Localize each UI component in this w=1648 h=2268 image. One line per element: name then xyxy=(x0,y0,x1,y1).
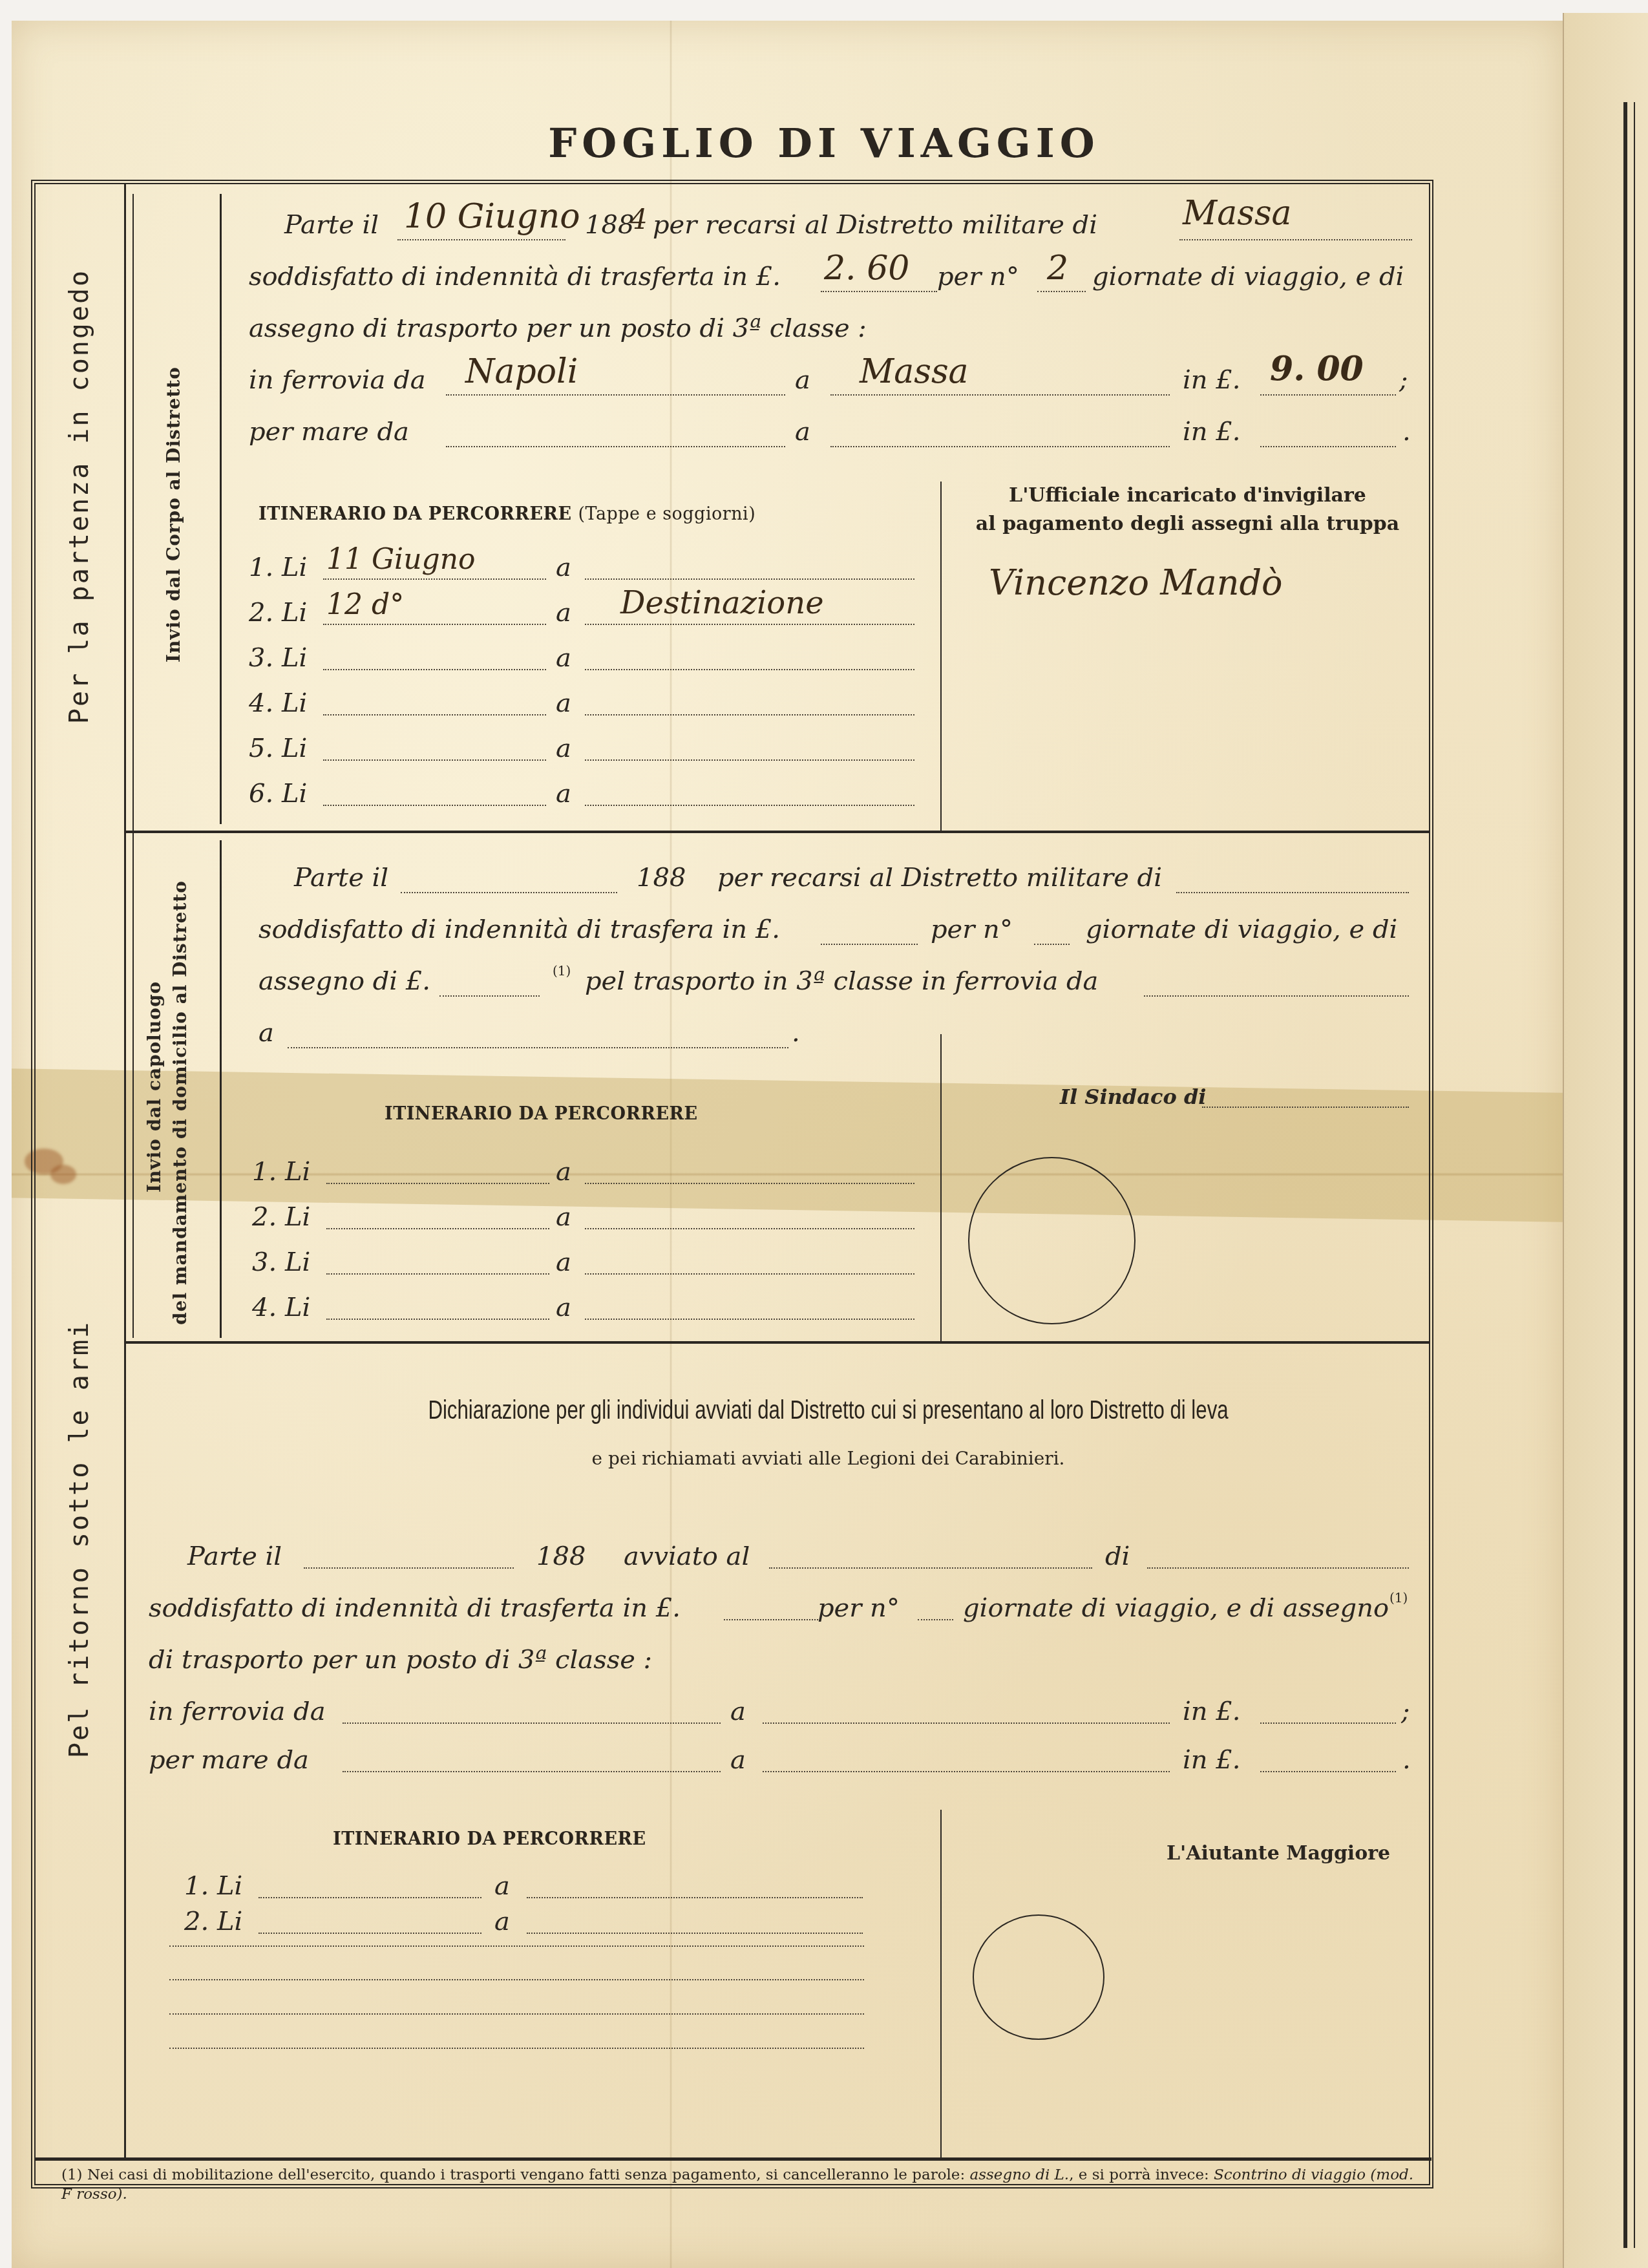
s3-days-suffix: giornate di viaggio, e di assegno xyxy=(963,1593,1389,1623)
s1-row-date-field[interactable] xyxy=(323,578,546,580)
footnote-divider xyxy=(36,2157,1431,2161)
s2-rail-label: pel trasporto in 3ª classe in ferrovia d… xyxy=(585,966,1098,996)
s2-indemnity-field[interactable] xyxy=(821,944,918,945)
s1-indemnity-label: soddisfatto di indennità di trasferta in… xyxy=(249,262,781,291)
s2-row-date-field[interactable] xyxy=(326,1183,549,1184)
s1-row-date-value: 11 Giugno xyxy=(326,543,476,576)
s1-row-label: 5. Li xyxy=(249,734,307,763)
s3-sea-from-field[interactable] xyxy=(343,1771,721,1772)
s2-row-a-label: a xyxy=(556,1247,571,1277)
s3-rail-to-field[interactable] xyxy=(763,1722,1170,1724)
s3-extra-line[interactable] xyxy=(169,2013,864,2015)
s1-per-n-label: per n° xyxy=(937,262,1019,291)
s1-row-a-label: a xyxy=(556,779,571,809)
s1-itinerary-heading: ITINERARIO DA PERCORRERE (Tappe e soggio… xyxy=(259,504,755,524)
section-divider-1 xyxy=(126,831,1430,833)
s3-days-field[interactable] xyxy=(918,1619,953,1620)
s1-district-value: Massa xyxy=(1183,194,1292,233)
s2-rail-to-field[interactable] xyxy=(288,1047,788,1048)
s1-row-a-label: a xyxy=(556,688,571,718)
s3-row-label: 2. Li xyxy=(184,1907,242,1936)
s3-per-n-label: per n° xyxy=(818,1593,900,1623)
s2-allowance-field[interactable] xyxy=(439,995,540,997)
s1-row-place-field[interactable] xyxy=(585,669,914,670)
s1-row-label: 2. Li xyxy=(249,598,307,628)
s1-row-date-field[interactable] xyxy=(323,805,546,806)
s2-row-date-field[interactable] xyxy=(326,1228,549,1229)
s1-year-value: 4 xyxy=(630,204,648,235)
s3-extra-line[interactable] xyxy=(169,1979,864,1980)
s1-sea-label: per mare da xyxy=(249,417,409,447)
s1-days-field[interactable] xyxy=(1037,291,1086,292)
s1-rail-in-label: in £. xyxy=(1183,365,1240,395)
side-label-departure: Per la partenza in congedo xyxy=(65,269,94,724)
s1-row-date-field[interactable] xyxy=(323,669,546,670)
s1-officer-line2: al pagamento degli assegni alla truppa xyxy=(944,510,1431,538)
signature-divider-2 xyxy=(940,1034,942,1341)
s1-destination-label: per recarsi al Distretto militare di xyxy=(653,210,1097,240)
s1-rail-end: ; xyxy=(1399,365,1408,395)
s3-year-label: 188 xyxy=(536,1542,586,1571)
s1-itinerary-heading-note: (Tappe e soggiorni) xyxy=(578,504,755,524)
s2-row-label: 1. Li xyxy=(252,1157,310,1187)
s2-line4-end: . xyxy=(792,1018,800,1048)
s1-rail-to-field[interactable] xyxy=(830,394,1170,396)
s3-sent-to-field[interactable] xyxy=(769,1567,1092,1569)
s1-sea-amount-field[interactable] xyxy=(1260,446,1396,447)
s3-row-a-label: a xyxy=(494,1907,510,1936)
s1-parte-il-label: Parte il xyxy=(284,210,379,240)
side-label-section2-line1: Invio dal capoluogo xyxy=(143,981,165,1192)
s1-sea-a-label: a xyxy=(795,417,810,447)
s2-indemnity-label: soddisfatto di indennità di trasfera in … xyxy=(259,915,780,944)
s1-row-label: 3. Li xyxy=(249,643,307,673)
s1-itinerary-heading-text: ITINERARIO DA PERCORRERE xyxy=(259,504,572,524)
s1-date-field[interactable] xyxy=(397,239,565,240)
s1-row-date-field[interactable] xyxy=(323,624,546,625)
s3-parte-il-label: Parte il xyxy=(187,1542,282,1571)
s1-indemnity-field[interactable] xyxy=(821,291,937,292)
s2-row-a-label: a xyxy=(556,1157,571,1187)
s3-rail-a-label: a xyxy=(730,1697,746,1726)
s3-di-field[interactable] xyxy=(1147,1567,1409,1569)
s1-officer-line1: L'Ufficiale incaricato d'invigilare xyxy=(944,482,1431,510)
s3-indemnity-field[interactable] xyxy=(724,1619,821,1620)
s3-sea-end: . xyxy=(1402,1745,1411,1775)
s3-sea-amount-field[interactable] xyxy=(1260,1771,1396,1772)
s1-row-place-field[interactable] xyxy=(585,759,914,761)
outer-column-divider xyxy=(124,184,126,2159)
s3-row-a-label: a xyxy=(494,1871,510,1901)
s3-sea-in-label: in £. xyxy=(1183,1745,1240,1775)
s3-sea-to-field[interactable] xyxy=(763,1771,1170,1772)
s3-rail-amount-field[interactable] xyxy=(1260,1722,1396,1724)
s2-row-place-field[interactable] xyxy=(585,1319,914,1320)
s2-itinerary-heading: ITINERARIO DA PERCORRERE xyxy=(385,1104,698,1124)
s2-row-label: 2. Li xyxy=(252,1202,310,1232)
s3-sea-label: per mare da xyxy=(149,1745,309,1775)
inner-border xyxy=(132,194,134,1338)
s1-row-place-field[interactable] xyxy=(585,714,914,715)
s1-days-value: 2 xyxy=(1047,249,1068,288)
document-title: FOGLIO DI VIAGGIO xyxy=(0,120,1648,167)
s3-sea-a-label: a xyxy=(730,1745,746,1775)
s2-date-field[interactable] xyxy=(401,892,617,893)
section2-label-divider xyxy=(220,840,222,1338)
s1-row-a-label: a xyxy=(556,734,571,763)
adjacent-sheet-edge xyxy=(1563,13,1648,2268)
s3-indemnity-label: soddisfatto di indennità di trasferta in… xyxy=(149,1593,681,1623)
s3-stamp-circle xyxy=(973,1914,1104,2040)
s1-rail-amount-value: 9. 00 xyxy=(1270,349,1364,388)
s2-row-a-label: a xyxy=(556,1293,571,1322)
s3-extra-line[interactable] xyxy=(169,2048,864,2049)
s1-rail-from-value: Napoli xyxy=(465,352,578,391)
s2-stamp-circle xyxy=(968,1157,1136,1324)
s1-sea-end: . xyxy=(1402,417,1411,447)
s3-date-field[interactable] xyxy=(304,1567,514,1569)
signature-divider-3 xyxy=(940,1810,942,2157)
s1-year-prefix: 188 xyxy=(585,210,634,240)
s2-mayor-label: Il Sindaco di xyxy=(1060,1085,1206,1109)
s2-a-label: a xyxy=(259,1018,274,1048)
s3-row-place-field[interactable] xyxy=(527,1897,863,1898)
s3-rail-end: ; xyxy=(1401,1697,1410,1726)
s3-adjutant-label: L'Aiutante Maggiore xyxy=(1167,1842,1390,1865)
s3-rail-label: in ferrovia da xyxy=(149,1697,325,1726)
s3-heading: Dichiarazione per gli individui avviati … xyxy=(356,1396,1300,1425)
s3-row-place-field[interactable] xyxy=(527,1933,863,1934)
s3-footnote-ref: (1) xyxy=(1389,1590,1408,1606)
s2-footnote-ref: (1) xyxy=(553,963,571,979)
s2-days-suffix: giornate di viaggio, e di xyxy=(1086,915,1397,944)
s1-rail-label: in ferrovia da xyxy=(249,365,425,395)
s1-row-a-label: a xyxy=(556,553,571,582)
s1-transport-label: assegno di trasporto per un posto di 3ª … xyxy=(249,313,867,343)
s1-rail-to-value: Massa xyxy=(860,352,969,391)
s2-year-label: 188 xyxy=(637,863,686,893)
s2-row-place-field[interactable] xyxy=(585,1273,914,1275)
s1-sea-to-field[interactable] xyxy=(830,446,1170,447)
signature-divider-1 xyxy=(940,482,942,831)
s1-sea-in-label: in £. xyxy=(1183,417,1240,447)
s2-district-field[interactable] xyxy=(1176,892,1409,893)
footnote-text-a: (1) Nei casi di mobilitazione dell'eserc… xyxy=(61,2167,970,2183)
s3-transport-label: di trasporto per un posto di 3ª classe : xyxy=(149,1645,652,1675)
s3-subheading: e pei richiamati avviati alle Legioni de… xyxy=(223,1448,1433,1469)
s3-rail-from-field[interactable] xyxy=(343,1722,721,1724)
s3-row-label: 1. Li xyxy=(184,1871,242,1901)
s1-rail-a-label: a xyxy=(795,365,810,395)
s1-row-place-field[interactable] xyxy=(585,578,914,580)
footnote: (1) Nei casi di mobilitazione dell'eserc… xyxy=(61,2165,1425,2204)
section-divider-2 xyxy=(126,1341,1430,1344)
s2-rail-from-field[interactable] xyxy=(1144,995,1409,997)
s1-row-a-label: a xyxy=(556,598,571,628)
side-label-return: Pel ritorno sotto le armi xyxy=(65,1320,94,1758)
s1-row-place-field[interactable] xyxy=(585,624,914,625)
s3-row-date-field[interactable] xyxy=(259,1933,481,1934)
s1-sea-from-field[interactable] xyxy=(446,446,785,447)
s2-mayor-town-field[interactable] xyxy=(1202,1107,1409,1108)
s2-allowance-label: assegno di £. xyxy=(259,966,430,996)
s1-row-label: 1. Li xyxy=(249,553,307,582)
s1-row-label: 4. Li xyxy=(249,688,307,718)
side-label-section1: Invio dal Corpo al Distretto xyxy=(163,366,184,662)
s1-officer-signature: Vincenzo Mandò xyxy=(989,562,1283,603)
s3-extra-line[interactable] xyxy=(169,1945,864,1947)
s2-row-label: 3. Li xyxy=(252,1247,310,1277)
s2-row-place-field[interactable] xyxy=(585,1183,914,1184)
s1-row-a-label: a xyxy=(556,643,571,673)
s1-rail-amount-field[interactable] xyxy=(1260,394,1396,396)
s2-row-date-field[interactable] xyxy=(326,1319,549,1320)
s1-officer-title: L'Ufficiale incaricato d'invigilare al p… xyxy=(944,482,1431,538)
s2-destination-label: per recarsi al Distretto militare di xyxy=(717,863,1162,893)
s1-row-place-field[interactable] xyxy=(585,805,914,806)
s1-row-place-value: Destinazione xyxy=(620,585,824,621)
s3-itinerary-heading: ITINERARIO DA PERCORRERE xyxy=(333,1829,646,1849)
s1-rail-from-field[interactable] xyxy=(446,394,785,396)
s1-date-value: 10 Giugno xyxy=(404,197,580,236)
footnote-text-b: , e si porrà invece: xyxy=(1069,2167,1214,2183)
s1-district-field[interactable] xyxy=(1179,239,1412,240)
s3-rail-in-label: in £. xyxy=(1183,1697,1240,1726)
s2-row-a-label: a xyxy=(556,1202,571,1232)
section1-label-divider xyxy=(220,194,222,824)
s1-indemnity-value: 2. 60 xyxy=(824,249,909,288)
s1-row-label: 6. Li xyxy=(249,779,307,809)
footnote-italic-a: assegno di L. xyxy=(970,2167,1070,2183)
s1-days-suffix: giornate di viaggio, e di xyxy=(1092,262,1404,291)
s2-row-label: 4. Li xyxy=(252,1293,310,1322)
side-label-section2-line2: del mandamento di domicilio al Distretto xyxy=(169,880,191,1325)
s1-row-date-value: 12 d° xyxy=(326,588,404,621)
s2-parte-il-label: Parte il xyxy=(294,863,388,893)
s3-di-label: di xyxy=(1105,1542,1130,1571)
s2-row-place-field[interactable] xyxy=(585,1228,914,1229)
s3-sent-to-label: avviato al xyxy=(624,1542,750,1571)
s2-row-date-field[interactable] xyxy=(326,1273,549,1275)
s3-row-date-field[interactable] xyxy=(259,1897,481,1898)
s2-days-field[interactable] xyxy=(1034,944,1070,945)
s1-row-date-field[interactable] xyxy=(323,759,546,761)
s2-per-n-label: per n° xyxy=(931,915,1013,944)
s1-row-date-field[interactable] xyxy=(323,714,546,715)
